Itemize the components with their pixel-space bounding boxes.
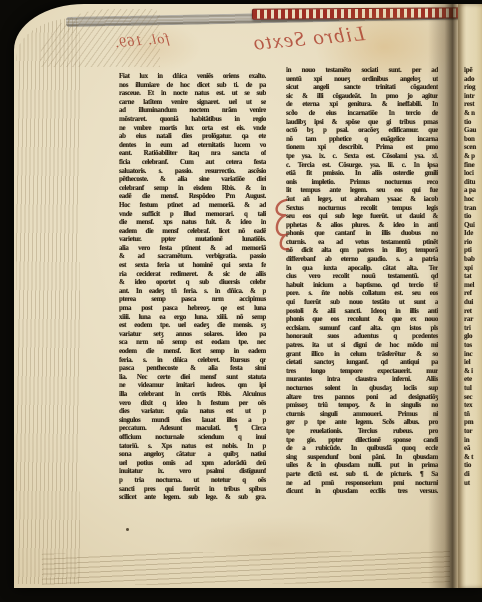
text-line: nos illumiare de hoc dicet sub ti. de pa [119, 81, 266, 90]
text-line: parte dictũ est. sub ti. de picturis. ¶ … [286, 470, 438, 479]
text-line: murantes intra claustra inferni. Aliis [286, 375, 438, 384]
text-line: & ideo oportet q sub diuersis celebr [119, 278, 266, 287]
text-column-right: in nouo testamẽto sociati sunt. per adue… [286, 66, 438, 496]
text-line: tran [464, 204, 482, 213]
text-line: in [464, 436, 482, 445]
text-line: pẽthecoste. & alia sine variatiõe diei [119, 175, 266, 184]
text-line: Fiat lux in dñica veniẽs oriens exalto. [119, 72, 266, 81]
text-line: phonis que eos recolunt & que ex nouo [286, 315, 438, 324]
handwritten-title-note: Libro Sexto [251, 21, 366, 56]
text-line: tat [464, 272, 482, 281]
text-line: tul [464, 384, 482, 393]
text-line: ipẽ [464, 66, 482, 75]
facing-page-text: ipẽadoriogintrrest& ntioGaubonscen& pfin… [464, 66, 482, 487]
text-line: c. Tercia est. Cõsurge. ysa. lii. c. In … [286, 161, 438, 170]
text-line: sec [464, 393, 482, 402]
text-line: tres longo tempore expectauerit. mur [286, 367, 438, 376]
text-line: ref [464, 289, 482, 298]
text-line: tionem xpi describit. Prima est pmo [286, 143, 438, 152]
text-line: die mensf. xps natus fuit. & ideo in [119, 218, 266, 227]
text-line: tio [464, 461, 482, 470]
text-line: sic & illi cõgaudeãt. In pmo jo agitur [286, 92, 438, 101]
text-line: lia. Nec certe diei mensf sunt statuta [119, 373, 266, 382]
rubric-flourish-mark [269, 196, 295, 258]
text-line: scðo de eius incarnatiõe In tercio de [286, 109, 438, 118]
text-line: de eterna xpi genitura. & ineffabili. In [286, 100, 438, 109]
text-line: ria ceciderat redimeret. & sic de aliis [119, 270, 266, 279]
text-line: dies variatur. quia natus est ut p [119, 407, 266, 416]
text-line: phonis que cantanf in illis duobus no [286, 229, 438, 238]
text-line: rest [464, 100, 482, 109]
text-line: honorauit suos aduentus q pcedentes [286, 332, 438, 341]
text-line: in nouo testamẽto sociati sunt. per ad [286, 66, 438, 75]
text-line: ant. In eadeʒ tñ feria. s. in dñica. & p [119, 287, 266, 296]
paper-speck [126, 528, 129, 531]
text-line: ab eius natali dies prolõgatur. qa ete [119, 132, 266, 141]
text-line: tri [464, 324, 482, 333]
handwritten-folio-note: fol. 169. [113, 32, 169, 53]
text-line: variatur setʒ annos solares. ideo pa [119, 330, 266, 339]
text-line: & p [464, 152, 482, 161]
text-line: inc [464, 350, 482, 359]
text-line: ditu [464, 178, 482, 187]
text-line: bab [464, 255, 482, 264]
text-line: uiles & in qbusdam nulli. put in prima [286, 461, 438, 470]
text-line: ne vmbre mortis lux orta est eis. vnde [119, 124, 266, 133]
text-line: Gau [464, 126, 482, 135]
text-line: glo [464, 332, 482, 341]
text-line: p tria nocturna. ut notetur q oẽs [119, 476, 266, 485]
text-line: pasca penthecoste & alia festa simi [119, 364, 266, 373]
text-line: pti [464, 246, 482, 255]
text-line: fine [464, 161, 482, 170]
text-line: est sexta feria ut hominẽ qui sexta fe [119, 261, 266, 270]
text-line: cius vero recolit nouũ testamentũ. qd [286, 272, 438, 281]
text-line: a pa [464, 186, 482, 195]
text-line: dui [464, 298, 482, 307]
text-line: ad illuminandum noctem nrãm venire [119, 106, 266, 115]
text-line: differebanf ab eterno gaudio. s. a patri… [286, 255, 438, 264]
text-line: onis impletio. Primus nocturnus reco [286, 178, 438, 187]
text-line: ãut añ legeʒ. ut abraham ysaac & iacob [286, 195, 438, 204]
text-line: inuitatur ix. vero psalmi distĩguunf [119, 467, 266, 476]
text-column-left: Fiat lux in dñica veniẽs oriens exalto.n… [119, 72, 266, 502]
text-line: nõ tam pphetice q euãgelice incarna [286, 135, 438, 144]
text-line: intr [464, 92, 482, 101]
text-line: & ad sacramẽtum. verbigratia. passio [119, 252, 266, 261]
left-fore-edge-pages [16, 18, 80, 584]
text-line: tatoriũ. s. Xps natus est nobis. In p [119, 442, 266, 451]
text-line: sancti pres qui fuerũt in tribus spibus [119, 485, 266, 494]
text-line: qui fuerũt sub nouo testãto ut sunt a [286, 298, 438, 307]
text-line: etiã fit pmissio. In aliis osterdie gmil… [286, 169, 438, 178]
text-line: laudibʒ ipsi & spõse que gi tribus pmas [286, 118, 438, 127]
text-line: ete [464, 375, 482, 384]
text-line: & t [464, 453, 482, 462]
text-line: varietur. ppter mutationẽ lunatiõis. [119, 235, 266, 244]
text-line: habuit inicium a baptismo. qd tercio tẽ [286, 281, 438, 290]
text-line: di [464, 470, 482, 479]
text-line: ado [464, 75, 482, 84]
text-line: ne ad pmũ responsorium pmi nocturni [286, 479, 438, 488]
text-line: mel [464, 281, 482, 290]
text-line: ut [464, 479, 482, 488]
text-line: Ide [464, 229, 482, 238]
bottom-page-edges [42, 550, 450, 586]
text-line: tñ [464, 410, 482, 419]
text-line: ecclsiam. sumunf canf alta. qm istos pls [286, 324, 438, 333]
text-line: scen [464, 143, 482, 152]
text-line: octõ bʒ p psal. oracõeʒ edificamur. que [286, 126, 438, 135]
text-line: alia vero festa ptinent & ad memoriã [119, 244, 266, 253]
text-line: eant. Ratiõabiliter itaq nra sancta of [119, 149, 266, 158]
text-line: postoli & alii sancti. Ideoq in illis an… [286, 307, 438, 316]
text-line: ficia celebranf. Cum aut cetera festa [119, 158, 266, 167]
text-line: tpe reuelationis. Tercius rubeus. pro [286, 427, 438, 436]
text-line: nõ dicit alta qm patres in illoʒ temporã [286, 246, 438, 255]
text-line: peccatum. Adesunt maculati. ¶ Circa [119, 424, 266, 433]
text-line: tex [464, 401, 482, 410]
text-line: lit tempus ante legem. seu eos qui fue [286, 186, 438, 195]
text-line: patres. ita ut si digni de hoc mõdo mi [286, 341, 438, 350]
text-line: hoc [464, 195, 482, 204]
text-line: nocturnos solent in qbusdaʒ lociis sup [286, 384, 438, 393]
text-line: tos [464, 341, 482, 350]
text-line: loci [464, 169, 482, 178]
text-line: & n [464, 109, 482, 118]
text-line: vnde sufficit p illud memorari. q tali [119, 210, 266, 219]
text-line: pterea semp pasca nrm accipimus [119, 295, 266, 304]
text-line: est eodem tpe. uel eadeʒ die mensis. sʒ [119, 321, 266, 330]
text-line: tio [464, 118, 482, 127]
text-line: tpe gie. ppter dilectionẽ sponse candi [286, 436, 438, 445]
text-line: riog [464, 83, 482, 92]
text-line: rasceue. Et in nocte natus est. ut se su… [119, 89, 266, 98]
text-line: pm [464, 418, 482, 427]
text-line: xiiii. luna ea ergo luna. xiiii. nõ semp [119, 313, 266, 322]
text-line: bon [464, 135, 482, 144]
text-line: eã [464, 444, 482, 453]
text-line: uel potius omĩs ad xpm adorãdũ deũ [119, 459, 266, 468]
text-line: tpe ysa. ix. c. Sexta est. Cõsolami ysa.… [286, 152, 438, 161]
text-line: xpi [464, 264, 482, 273]
text-line: pphetas & alios plures. & ideo in anti [286, 221, 438, 230]
text-line: Sextus nocturnus recolit tempus legis [286, 204, 438, 213]
text-line: sing suspendunf boni pãni. In qbusdam [286, 453, 438, 462]
text-line: altare tres pannos poni ad designatiõʒ [286, 393, 438, 402]
text-line: rio [464, 238, 482, 247]
text-line: grant illico in celum trãsferẽtur & so [286, 350, 438, 359]
text-line: officium nocturnale sciendum q inui [119, 433, 266, 442]
text-line: eadẽ die mensf. Respõdeo Pm August. [119, 192, 266, 201]
text-line: saluatoris. s. passio. resurrectio. ascẽ… [119, 167, 266, 176]
text-line: pma post pasca hebreoʒ. qe est luna [119, 304, 266, 313]
gutter-shadow [428, 4, 458, 588]
text-line: de a rubicũde. In quibusdã quoq eccle [286, 444, 438, 453]
text-line: dentes in eum ad eternitatis lucem vo [119, 141, 266, 150]
text-line: cturnis singuli ammoueri. Primus ni [286, 410, 438, 419]
text-line: feria. s. in dñica celebret. Rursus qr [119, 356, 266, 365]
text-line: Hoc festum ptinet ad memoriã. & ad [119, 201, 266, 210]
text-line: tor [464, 427, 482, 436]
text-line: Qui [464, 221, 482, 230]
text-line: dicunt in qbusdam eccliis tres versus. [286, 487, 438, 496]
text-line: seu eos qui sub lege fuerũt. ut dauid & [286, 212, 438, 221]
text-line: sca nrm nõ semp est eodam tpe. nec [119, 338, 266, 347]
text-line: singulos mundi dies lauat illos a p [119, 416, 266, 425]
text-line: scilicet ante legem. sub lege. & sub gra… [119, 493, 266, 502]
text-line: tio [464, 212, 482, 221]
text-line: vero dixit q ideo h festum per oẽs [119, 399, 266, 408]
text-line: cturnis. ea ad vetus testamentũ ptinẽt [286, 238, 438, 247]
text-line: ne videamur imitari iudeos. qm ipi [119, 381, 266, 390]
text-line: sona angeloʒ cãtatur a quibʒ natiui [119, 450, 266, 459]
text-line: sicut angeli sancte trinitati cõgaudent [286, 83, 438, 92]
text-line: ger p tpe ante legem. Scðs albus. pro [286, 418, 438, 427]
text-line: pore. s. ñte nobis collatum est. seu eos [286, 289, 438, 298]
text-line: iel [464, 358, 482, 367]
text-line: uentũ xpi noueʒ ordinibus angeloʒ ut [286, 75, 438, 84]
text-line: pmissoʒ triũ tempoʒ. & in singulis no [286, 401, 438, 410]
text-line: celebranf semp in eisdem Rbis. & in [119, 184, 266, 193]
text-line: eodem die mensf. licet semp in eadem [119, 347, 266, 356]
text-line: cietati sanctoʒ iunganf. qd antiqui pa [286, 358, 438, 367]
text-line: illa celebrant in certis Rbis. Alcuinus [119, 390, 266, 399]
text-line: ret [464, 307, 482, 316]
text-line: mõstraret. quoniã habitãtibus in regio [119, 115, 266, 124]
text-line: rar [464, 315, 482, 324]
text-line: carne latĩtem venire signaret. uel ut se [119, 98, 266, 107]
text-line: in qua iuxta apocalip. cãtat alta. Ter [286, 264, 438, 273]
open-book-photo: Libro Sexto fol. 169. Fiat lux in dñica … [14, 4, 482, 588]
text-line: & i [464, 367, 482, 376]
text-line: eadem die mensf celebraf. licet nõ eadẽ [119, 227, 266, 236]
